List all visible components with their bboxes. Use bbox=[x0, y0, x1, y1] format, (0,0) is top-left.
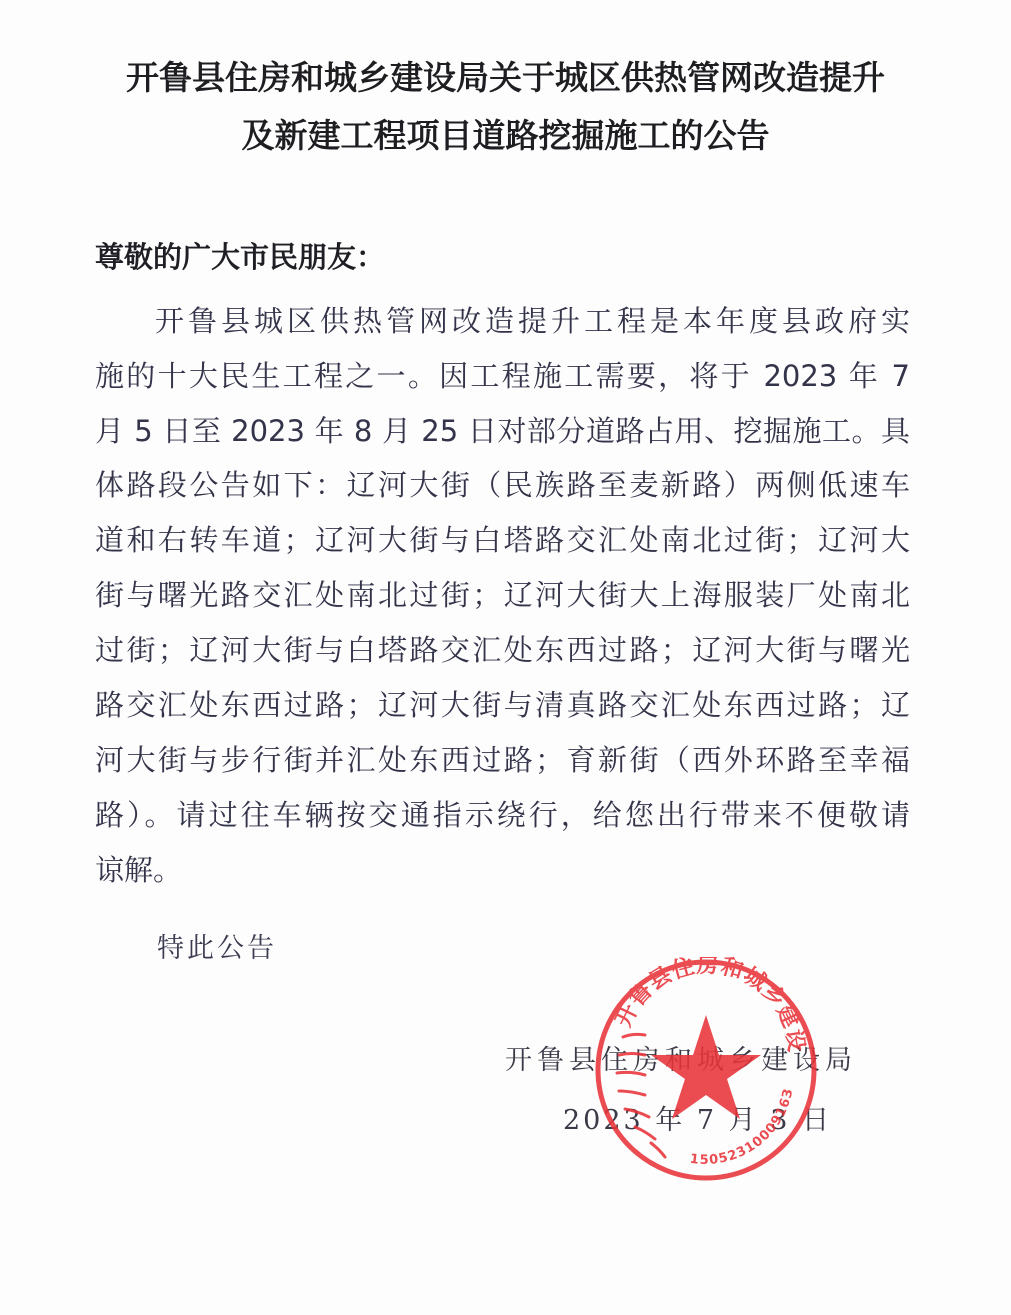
closing-remark: 特此公告 bbox=[157, 926, 277, 965]
body-line: 路）。请过往车辆按交通指示绕行，给您出行带来不便敬请 bbox=[95, 797, 910, 833]
official-seal-stamp: 开鲁县住房和城乡建设局 1505231000916З bbox=[593, 957, 819, 1183]
body-line: 道和右转车道；辽河大街与白塔路交汇处南北过街；辽河大 bbox=[95, 522, 910, 558]
body-line: 街与曙光路交汇处南北过街；辽河大街大上海服装厂处南北 bbox=[95, 577, 910, 613]
body-line: 施的十大民生工程之一。因工程施工需要，将于 2023 年 7 bbox=[95, 358, 910, 394]
body-line: 路交汇处东西过路；辽河大街与清真路交汇处东西过路；辽 bbox=[95, 687, 910, 723]
body-line: 河大街与步行街并汇处东西过路；育新街（西外环路至幸福 bbox=[95, 742, 910, 778]
body-line: 月 5 日至 2023 年 8 月 25 日对部分道路占用、挖掘施工。具 bbox=[95, 413, 910, 449]
document-title-line-1: 开鲁县住房和城乡建设局关于城区供热管网改造提升 bbox=[0, 52, 1011, 99]
body-line: 开鲁县城区供热管网改造提升工程是本年度县政府实 bbox=[155, 303, 910, 339]
document-title-line-2: 及新建工程项目道路挖掘施工的公告 bbox=[0, 110, 1011, 157]
body-line: 体路段公告如下：辽河大街（民族路至麦新路）两侧低速车 bbox=[95, 467, 910, 503]
red-star-icon bbox=[651, 1015, 761, 1119]
body-line: 过街；辽河大街与白塔路交汇处东西过路；辽河大街与曙光 bbox=[95, 632, 910, 668]
body-line: 谅解。 bbox=[95, 852, 910, 888]
salutation: 尊敬的广大市民朋友： bbox=[95, 235, 385, 276]
svg-text:1505231000916З: 1505231000916З bbox=[689, 1087, 797, 1168]
